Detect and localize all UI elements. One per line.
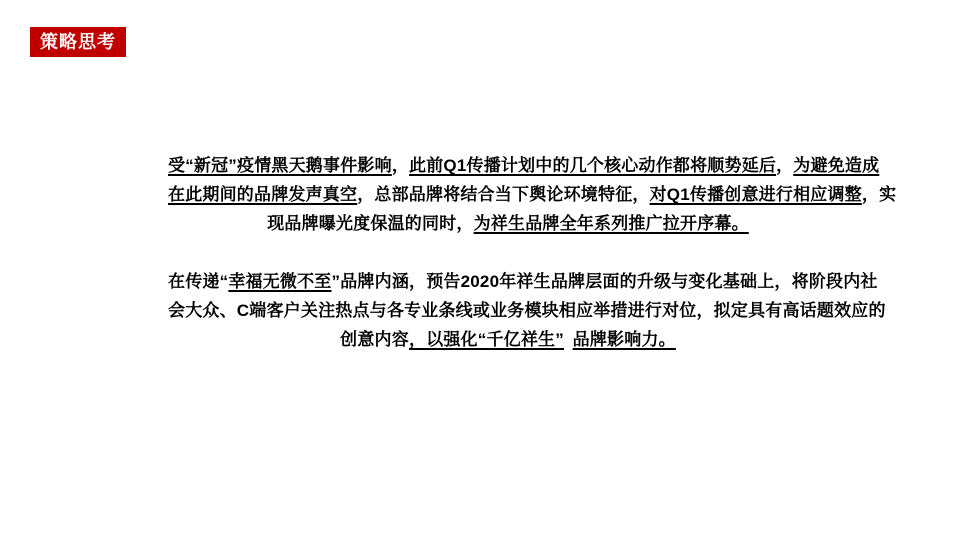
slide-title-badge: 策略思考 bbox=[30, 27, 126, 57]
text-segment: 现品牌曝光度保温的同时， bbox=[267, 214, 473, 233]
text-segment: ， bbox=[776, 156, 793, 175]
text-line: 现品牌曝光度保温的同时，为祥生品牌全年系列推广拉开序幕。 bbox=[168, 209, 848, 238]
underlined-text-segment: 对Q1传播创意进行相应调整 bbox=[650, 185, 862, 204]
text-segment: ，总部品牌将结合当下舆论环境特征， bbox=[357, 185, 649, 204]
text-line: 在传递“幸福无微不至”品牌内涵，预告2020年祥生品牌层面的升级与变化基础上，将… bbox=[168, 267, 848, 296]
body-text: 受“新冠”疫情黑天鹅事件影响，此前Q1传播计划中的几个核心动作都将顺势延后，为避… bbox=[168, 151, 848, 354]
text-segment: ， bbox=[392, 156, 409, 175]
text-segment: 创意内容 bbox=[340, 330, 409, 349]
underlined-text-segment: 品牌影响力。 bbox=[573, 330, 676, 349]
underlined-text-segment: 为避免造成 bbox=[793, 156, 879, 175]
paragraph: 受“新冠”疫情黑天鹅事件影响，此前Q1传播计划中的几个核心动作都将顺势延后，为避… bbox=[168, 151, 848, 238]
text-segment: ”品牌内涵，预告2020年祥生品牌层面的升级与变化基础上，将阶段内社 bbox=[332, 272, 878, 291]
text-segment: ，实 bbox=[862, 185, 896, 204]
text-segment: 会大众、C端客户关注热点与各专业条线或业务模块相应举措进行对位，拟定具有高话题效… bbox=[168, 301, 886, 320]
underlined-text-segment: 幸福无微不至 bbox=[228, 272, 331, 291]
text-segment: 在传递“ bbox=[168, 272, 228, 291]
text-line: 会大众、C端客户关注热点与各专业条线或业务模块相应举措进行对位，拟定具有高话题效… bbox=[168, 296, 848, 325]
text-line: 受“新冠”疫情黑天鹅事件影响，此前Q1传播计划中的几个核心动作都将顺势延后，为避… bbox=[168, 151, 848, 180]
underlined-text-segment: ，以强化“千亿祥生” bbox=[409, 330, 564, 349]
underlined-text-segment: 受“新冠”疫情黑天鹅事件影响 bbox=[168, 156, 392, 175]
presentation-slide: 策略思考 受“新冠”疫情黑天鹅事件影响，此前Q1传播计划中的几个核心动作都将顺势… bbox=[0, 0, 960, 540]
underlined-text-segment: 此前Q1传播计划中的几个核心动作都将顺势延后 bbox=[409, 156, 776, 175]
paragraph: 在传递“幸福无微不至”品牌内涵，预告2020年祥生品牌层面的升级与变化基础上，将… bbox=[168, 267, 848, 354]
text-line: 创意内容，以强化“千亿祥生” 品牌影响力。 bbox=[168, 325, 848, 354]
text-segment bbox=[564, 330, 573, 349]
underlined-text-segment: 为祥生品牌全年系列推广拉开序幕。 bbox=[474, 214, 749, 233]
text-line: 在此期间的品牌发声真空，总部品牌将结合当下舆论环境特征，对Q1传播创意进行相应调… bbox=[168, 180, 848, 209]
underlined-text-segment: 在此期间的品牌发声真空 bbox=[168, 185, 357, 204]
